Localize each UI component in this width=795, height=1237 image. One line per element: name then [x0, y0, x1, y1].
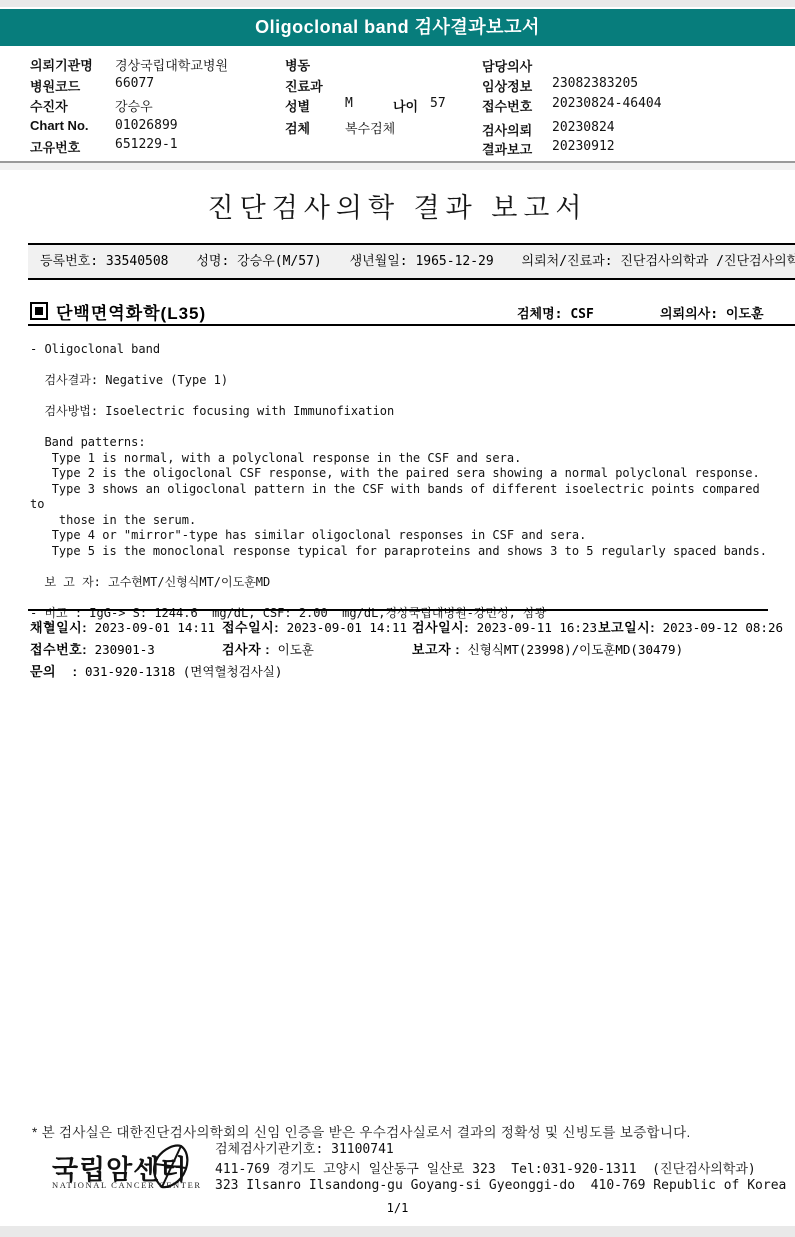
cancer-center-leaf-icon	[150, 1144, 190, 1190]
report-title-bar: Oligoclonal band 검사결과보고서	[0, 9, 795, 47]
contact-phone: 문의 : 031-920-1318 (면역혈청검사실)	[30, 661, 282, 680]
referring-department: 의뢰처/진료과: 진단검사의학과 /진단검사의학과	[522, 254, 795, 269]
ward-label: 병동	[285, 55, 310, 74]
chart-no-value: 01026899	[115, 118, 178, 133]
sex-label: 성별	[285, 96, 310, 115]
page-number: 1/1	[0, 1201, 795, 1215]
order-date-value: 20230824	[552, 120, 615, 135]
report-date-label: 결과보고	[482, 139, 532, 158]
hosp-code-label: 병원코드	[30, 76, 80, 95]
accreditation-disclaimer: * 본 검사실은 대한진단검사의학회의 신임 인증을 받은 우수검사실로서 결과…	[32, 1121, 792, 1141]
collect-datetime: 채혈일시: 2023-09-01 14:11	[30, 617, 215, 636]
receive-datetime: 접수일시: 2023-09-01 14:11	[222, 617, 407, 636]
hosp-code-value: 66077	[115, 76, 154, 91]
clinical-info-label: 임상정보	[482, 76, 532, 95]
age-value: 57	[430, 96, 446, 111]
patient-summary-bar: 등록번호: 33540508 성명: 강승우(M/57) 생년월일: 1965-…	[28, 243, 795, 280]
panel-gap-strip	[0, 163, 795, 170]
birth-date: 생년월일: 1965-12-29	[350, 254, 494, 269]
address-english: 323 Ilsanro Ilsandong-gu Goyang-si Gyeon…	[215, 1178, 786, 1193]
lab-org-code: 검체검사기관기호: 31100741	[215, 1138, 394, 1157]
org-label: 의뢰기관명	[30, 55, 93, 74]
attending-doctor-label: 담당의사	[482, 56, 532, 75]
window-top-strip	[0, 0, 795, 9]
chart-no-label: Chart No.	[30, 118, 89, 133]
uid-value: 651229-1	[115, 137, 178, 152]
uid-label: 고유번호	[30, 137, 80, 156]
window-bottom-strip	[0, 1224, 795, 1237]
report-date-value: 20230912	[552, 139, 615, 154]
order-date-label: 검사의뢰	[482, 120, 532, 139]
clinical-info-value: 23082383205	[552, 76, 638, 91]
registration-number: 등록번호: 33540508	[40, 254, 169, 269]
patient-name: 성명: 강승우(M/57)	[196, 254, 321, 269]
receipt-number: 접수번호: 230901-3	[30, 639, 155, 658]
sex-value: M	[345, 96, 353, 111]
age-label: 나이	[393, 96, 418, 115]
report-body-text: - Oligoclonal band 검사결과: Negative (Type …	[30, 342, 775, 621]
specimen-type-label: 검체	[285, 118, 310, 137]
test-datetime: 검사일시: 2023-09-11 16:23	[412, 617, 597, 636]
dept-label: 진료과	[285, 76, 323, 95]
patient-value: 강승우	[115, 96, 153, 115]
accession-no-label: 접수번호	[482, 96, 532, 115]
specimen-name: 검체명: CSF	[517, 303, 594, 322]
document-title: 진단검사의학 결과 보고서	[0, 186, 795, 225]
section-marker-icon	[30, 302, 48, 320]
report-datetime: 보고일시: 2023-09-12 08:26	[598, 617, 783, 636]
section-divider	[28, 324, 795, 326]
address-korean: 411-769 경기도 고양시 일산동구 일산로 323 Tel:031-920…	[215, 1158, 756, 1177]
section-title: 단백면역화학(L35)	[56, 299, 206, 324]
footer-divider	[28, 609, 768, 611]
reporter-name: 보고자 : 신형식MT(23998)/이도훈MD(30479)	[412, 639, 683, 658]
specimen-type-value: 복수검체	[345, 118, 395, 137]
accession-no-value: 20230824-46404	[552, 96, 662, 111]
tester-name: 검사자 : 이도훈	[222, 639, 314, 658]
ordering-doctor: 의뢰의사: 이도훈	[660, 303, 764, 322]
patient-label: 수진자	[30, 96, 68, 115]
org-value: 경상국립대학교병원	[115, 55, 228, 74]
